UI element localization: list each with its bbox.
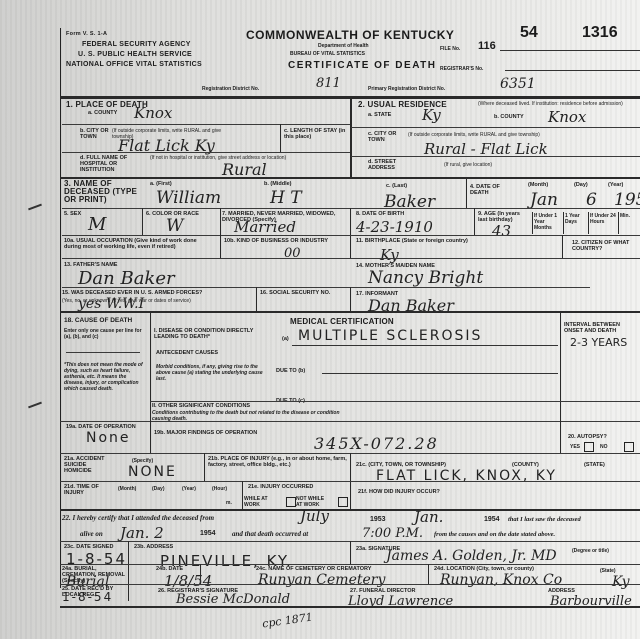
footnote: *This does not mean the mode of dying, s…	[64, 362, 144, 392]
rule	[220, 208, 221, 235]
rule	[200, 564, 201, 584]
rule	[62, 235, 640, 236]
attended-to-year: 1954	[484, 516, 500, 523]
rule	[280, 124, 281, 152]
injury-occurred-label: 21e. INJURY OCCURRED	[248, 484, 313, 490]
first-name: William	[156, 188, 221, 208]
margin-note: cpc 1871	[261, 611, 313, 631]
citizen-label: 12. CITIZEN OF WHAT COUNTRY?	[572, 240, 640, 252]
antecedent-note: Morbid conditions, if any, giving rise t…	[156, 364, 266, 382]
alive-year: 1954	[200, 530, 216, 537]
rule	[350, 541, 351, 564]
file-no: 116	[478, 40, 496, 52]
disease-label: I. DISEASE OR CONDITION DIRECTLY LEADING…	[154, 328, 274, 340]
cause-of-death-label: 18. CAUSE OF DEATH	[64, 318, 132, 324]
rule	[60, 311, 640, 313]
line-a-label: (a)	[282, 336, 289, 342]
name-of-deceased-label: 3. NAME OF DECEASED (Type or Print)	[64, 180, 144, 204]
registrar-signature: Bessie McDonald	[176, 592, 290, 607]
rule	[142, 208, 143, 235]
form-id: Form V. S. 1-A	[66, 30, 107, 39]
antecedent-label: ANTECEDENT CAUSES	[156, 350, 218, 356]
age-days-label: 1 Year Days	[565, 213, 587, 225]
left-border	[60, 28, 61, 588]
autopsy-yes-label: YES	[570, 444, 580, 450]
residence-county: Knox	[548, 108, 586, 126]
rule	[60, 584, 640, 585]
file-no-line	[500, 50, 640, 51]
rule	[60, 564, 640, 565]
time-month: (Month)	[118, 486, 136, 492]
agency-line-3: NATIONAL OFFICE VITAL STATISTICS	[66, 60, 202, 69]
autopsy-label: 20. AUTOPSY?	[568, 434, 607, 440]
rule	[350, 97, 352, 177]
rule	[62, 124, 350, 125]
death-certificate: Form V. S. 1-A FEDERAL SECURITY AGENCY U…	[0, 0, 640, 639]
rule	[60, 177, 640, 179]
residence-state: Ky	[422, 106, 441, 124]
sex-value: M	[88, 214, 106, 235]
month-label: (Month)	[528, 182, 548, 188]
date-of-death-label: 4. DATE OF DEATH	[470, 184, 510, 196]
interval-value: 2-3 YEARS	[570, 336, 627, 349]
mother-name: Nancy Bright	[368, 268, 483, 288]
middle-name: H T	[270, 188, 302, 208]
other-conditions-label: II. OTHER SIGNIFICANT CONDITIONS	[152, 403, 250, 409]
rec-date: 1-8-54	[62, 590, 113, 604]
time-of-injury-label: 21d. TIME OF INJURY	[64, 484, 100, 496]
last-name: Baker	[384, 192, 435, 212]
punch-mark	[28, 402, 42, 409]
rule	[428, 564, 429, 584]
interval-label: INTERVAL BETWEEN ONSET AND DEATH	[564, 322, 640, 334]
autopsy-no-label: NO	[600, 444, 608, 450]
death-occurred-statement: and that death occurred at	[232, 530, 308, 538]
rule	[204, 453, 205, 481]
sex-label: 5. SEX	[64, 211, 81, 217]
physician-signature: James A. Golden, Jr. MD	[386, 548, 557, 564]
findings-label: 19b. MAJOR FINDINGS OF OPERATION	[154, 430, 257, 436]
rule	[562, 235, 563, 258]
due-to-b: DUE TO (b)	[276, 368, 305, 374]
punch-mark	[28, 204, 42, 211]
rule	[350, 287, 351, 311]
age-hours-label: If Under 24 Hours	[590, 213, 616, 225]
death-county: Knox	[134, 104, 172, 122]
business-label: 10b. KIND OF BUSINESS OR INDUSTRY	[224, 238, 346, 244]
rule	[474, 208, 475, 235]
rule	[351, 156, 640, 157]
street-note: (If rural, give location)	[444, 162, 492, 168]
year-label: (Year)	[608, 182, 623, 188]
rule	[62, 287, 590, 288]
rule	[62, 258, 640, 259]
not-at-work-checkbox[interactable]	[338, 497, 348, 507]
primary-reg-label: Primary Registration District No.	[368, 86, 445, 92]
agency-line-1: FEDERAL SECURITY AGENCY	[82, 40, 191, 49]
injury-state-label: (STATE)	[584, 462, 605, 468]
rule	[351, 127, 640, 128]
death-month: Jan	[530, 190, 558, 210]
rule	[618, 212, 619, 234]
while-at-work-checkbox[interactable]	[286, 497, 296, 507]
reg-district-label: Registration District No.	[202, 86, 259, 92]
attended-from-month: July	[300, 507, 329, 525]
rule	[62, 208, 640, 209]
address-label: 23b. ADDRESS	[134, 544, 173, 550]
last-saw-statement: that I last saw the deceased	[508, 516, 581, 523]
line-a	[292, 345, 558, 346]
dob-label: 8. DATE OF BIRTH	[356, 211, 404, 217]
alive-on-date: Jan. 2	[120, 524, 164, 542]
rule	[60, 606, 640, 608]
time-suffix: m.	[226, 500, 232, 506]
attended-from-year: 1953	[370, 516, 386, 523]
age-value: 43	[492, 222, 511, 240]
armed-forces-value: yes W.W.I	[78, 296, 144, 312]
rule	[563, 212, 564, 234]
death-year: 195	[614, 190, 640, 210]
marital-value: Married	[234, 218, 296, 236]
rule	[220, 235, 221, 258]
rule	[150, 401, 640, 402]
rule	[62, 152, 350, 153]
rule	[588, 212, 589, 234]
file-no-label: FILE No.	[440, 46, 460, 52]
primary-reg: 6351	[500, 76, 536, 92]
residence-city-note: (If outside corporate limits, write RURA…	[408, 132, 608, 138]
degree-label: (Degree or title)	[572, 548, 609, 554]
bureau: BUREAU OF VITAL STATISTICS	[290, 51, 365, 57]
accident-value: NONE	[128, 464, 177, 480]
hospital-label: d. FULL NAME OF HOSPITAL OR INSTITUTION	[80, 155, 140, 173]
occupation-label: 10a. USUAL OCCUPATION (Give kind of work…	[64, 238, 214, 250]
agency-line-2: U. S. PUBLIC HEALTH SERVICE	[78, 50, 192, 59]
age-months-label: If Under 1 Year Months	[534, 213, 562, 231]
race-value: W	[166, 216, 183, 236]
length-of-stay-label: c. LENGTH OF STAY (in this place)	[284, 128, 346, 140]
ssn-label: 16. SOCIAL SECURITY NO.	[260, 290, 346, 296]
registrar-no-label: REGISTRAR'S No.	[440, 66, 483, 72]
age-min-label: Min.	[620, 213, 630, 219]
last-name-label: c. (Last)	[386, 183, 407, 189]
cause-note: Enter only one cause per line for (a), (…	[64, 328, 144, 340]
day-label: (Day)	[574, 182, 588, 188]
rule	[560, 421, 561, 453]
rule	[66, 352, 140, 353]
autopsy-no-checkbox[interactable]	[624, 442, 634, 452]
time-year: (Year)	[182, 486, 196, 492]
place-of-injury-label: 21b. PLACE OF INJURY (e.g., in or about …	[208, 456, 348, 468]
birthplace-label: 11. BIRTHPLACE (State or foreign country…	[356, 238, 468, 244]
death-day: 6	[586, 190, 597, 210]
findings-value: 345X-072.28	[314, 434, 439, 453]
op-date-value: None	[86, 430, 131, 446]
causes-statement: from the causes and on the date stated a…	[434, 531, 555, 538]
cause-a: MULTIPLE SCLEROSIS	[298, 328, 482, 344]
certificate-title: CERTIFICATE OF DEATH	[288, 60, 437, 71]
street-label: d. STREET ADDRESS	[368, 159, 408, 171]
rule	[150, 421, 151, 453]
line-b	[322, 373, 558, 374]
certify-statement: 22. I hereby certify that I attended the…	[62, 514, 214, 522]
rule	[560, 311, 561, 421]
department: Department of Health	[318, 43, 369, 49]
accident-label: 21a. ACCIDENT SUICIDE HOMICIDE	[64, 456, 114, 474]
time-hour: (Hour)	[212, 486, 227, 492]
state-label: a. STATE	[368, 112, 391, 118]
stamp-number: 1316	[582, 24, 618, 42]
reg-district: 811	[316, 76, 341, 91]
rule	[466, 178, 467, 208]
medical-certification-heading: MEDICAL CERTIFICATION	[290, 318, 394, 325]
middle-name-label: b. (Middle)	[264, 181, 292, 187]
first-name-label: a. (First)	[150, 181, 172, 187]
rule	[150, 311, 151, 421]
cemetery-location: Runyan, Knox Co	[440, 572, 562, 588]
cemetery-value: Runyan Cemetery	[258, 572, 385, 588]
rule	[532, 212, 533, 234]
rule	[128, 541, 129, 601]
rule	[60, 481, 640, 482]
rule	[60, 509, 640, 511]
residence-city-label: c. CITY OR TOWN	[368, 131, 408, 143]
father-name: Dan Baker	[78, 268, 175, 289]
registrar-no-line	[505, 70, 640, 71]
death-time: 7:00 P.M.	[362, 526, 423, 541]
county-label: a. COUNTY	[88, 110, 117, 116]
rule	[350, 208, 351, 258]
dob-value: 4-23-1910	[356, 218, 433, 236]
cemetery-state: Ky	[612, 574, 629, 590]
rule	[60, 421, 640, 422]
time-day: (Day)	[152, 486, 165, 492]
alive-on-label: alive on	[80, 530, 103, 538]
residence-note: (Where deceased lived. If institution: r…	[478, 101, 638, 107]
while-at-work-label: WHILE AT WORK	[244, 496, 274, 508]
residence-county-label: b. COUNTY	[494, 114, 524, 120]
attended-to-month: Jan.	[414, 508, 443, 526]
how-injury-label: 21f. HOW DID INJURY OCCUR?	[358, 489, 440, 495]
rule	[242, 481, 243, 509]
rule	[256, 287, 257, 311]
birthplace-value: Ky	[380, 246, 399, 264]
autopsy-yes-checkbox[interactable]	[584, 442, 594, 452]
state-title: COMMONWEALTH OF KENTUCKY	[246, 28, 454, 42]
stamp-year: 54	[520, 24, 538, 42]
